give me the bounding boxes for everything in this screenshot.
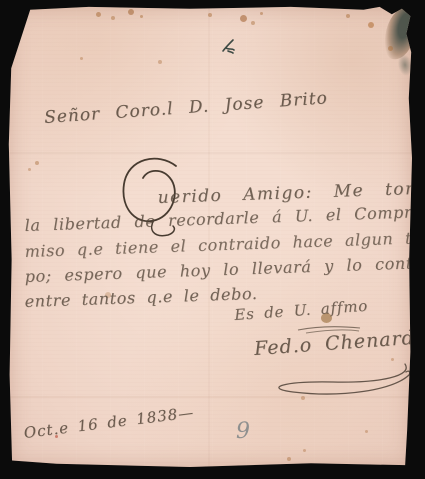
foxing-spot <box>368 22 374 28</box>
foxing-spot <box>260 12 263 15</box>
corner-stain-smudge <box>396 53 414 77</box>
foxing-spot <box>303 449 306 452</box>
foxing-spot <box>35 161 39 165</box>
foxing-spot <box>111 16 115 20</box>
fold-crease <box>8 152 412 154</box>
date-line: Oct.e 16 de 1838— <box>23 403 195 442</box>
foxing-spot <box>96 12 101 17</box>
foxing-spot <box>365 430 368 433</box>
foxing-spot <box>287 457 291 461</box>
recipient-line: Señor Coro.l D. Jose Brito <box>44 88 329 128</box>
signature-flourish <box>263 362 413 398</box>
letter-paper: Señor Coro.l D. Jose Brito uerido Amigo:… <box>8 6 412 467</box>
foxing-spot <box>128 9 134 15</box>
dark-mark-icon <box>220 38 238 56</box>
foxing-spot <box>251 21 255 25</box>
foxing-spot <box>28 168 31 171</box>
body-line: entre tantos q.e le debo. <box>24 284 258 311</box>
foxing-spot <box>391 358 394 361</box>
corner-stain <box>380 3 420 62</box>
foxing-spot <box>140 15 143 18</box>
foxing-spot <box>208 13 212 17</box>
foxing-spot <box>388 46 393 51</box>
foxing-spot <box>240 15 247 22</box>
pencil-number: 9 <box>236 419 250 444</box>
signature: Fed.o Chenard <box>253 327 415 360</box>
foxing-spot <box>158 60 162 64</box>
foxing-spot <box>80 57 83 60</box>
manuscript-scan: Señor Coro.l D. Jose Brito uerido Amigo:… <box>0 0 425 479</box>
foxing-spot <box>346 14 350 18</box>
